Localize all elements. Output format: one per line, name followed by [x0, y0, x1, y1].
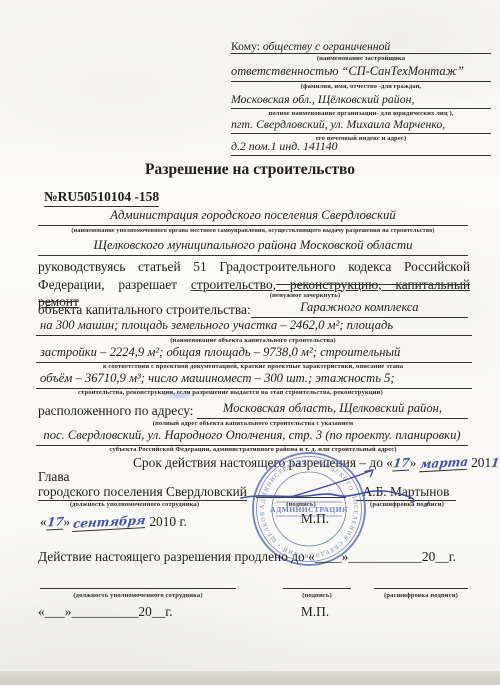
- extension-name-rule: [374, 588, 468, 589]
- address-line-2: пос. Свердловский, ул. Народного Ополчен…: [36, 428, 468, 446]
- object-name: Гаражного комплекса: [251, 300, 468, 318]
- address-label: расположенного по адресу:: [38, 403, 197, 419]
- signer-position-caption: (должность уполномоченного сотрудника): [42, 501, 227, 508]
- permit-number: №RU50510104 -158: [44, 189, 159, 207]
- extension-position-caption: (должность уполномоченного сотрудника): [40, 592, 236, 599]
- extension-line: Действие настоящего разрешения продлено …: [38, 549, 456, 565]
- extension-name-caption: (расшифровка подписи): [368, 592, 474, 599]
- signer-position-line-2: городского поселения Свердловский: [38, 484, 247, 501]
- object-caption-3: строительства, реконструкции, если разре…: [38, 389, 500, 396]
- signer-position-line-1: Глава: [38, 469, 69, 485]
- validity-year-printed: 201: [468, 455, 491, 470]
- addressee-to-label: Кому:: [231, 40, 263, 53]
- extension-sign-rule: [283, 588, 351, 589]
- extension-position-rule: [40, 588, 236, 589]
- object-details-3: объём – 36710,9 м³; число машиномест – 3…: [36, 371, 472, 389]
- scan-edge: [0, 671, 500, 685]
- addressee-line-2: ответственностью “СП-СанТехМонтаж”: [231, 64, 491, 82]
- extension-seal-label: М.П.: [285, 604, 345, 620]
- address-line-1: Московская область, Щелковский район,: [197, 401, 468, 419]
- issue-date-day-handwritten: 17: [46, 515, 65, 531]
- addressee-line-1: Кому: обществу с ограниченной: [231, 36, 491, 54]
- extension-sign-caption: (подпись): [270, 592, 364, 599]
- address-caption-1: (полный адрес объекта капитального строи…: [38, 420, 468, 427]
- addressee-line-3: Московская обл., Щёлковский район,: [231, 92, 491, 109]
- pen-signature: [235, 460, 435, 520]
- validity-year-handwritten: 1: [490, 456, 500, 471]
- addressee-line-4: пгт. Свердловский, ул. Михаила Марченко,: [231, 117, 491, 134]
- legal-permitted-word: строительство,: [191, 277, 276, 292]
- object-details-2: застройки – 2224,9 м²; общая площадь – 9…: [36, 345, 472, 363]
- addressee-caption-2: (фамилия, имя, отчество -для граждан,: [231, 83, 491, 90]
- authority-caption: (наименование уполномоченного органа мес…: [30, 227, 476, 234]
- extension-date-line: «___»__________20__г.: [38, 604, 173, 620]
- document-title: Разрешение на строительство: [0, 161, 500, 179]
- issue-date-month-handwritten: сентября: [73, 513, 147, 532]
- authority-line-1: Администрация городского поселения Сверд…: [38, 208, 468, 226]
- address-row: расположенного по адресу: Московская обл…: [38, 402, 468, 419]
- object-row: объекта капитального строительства: Гара…: [38, 301, 468, 318]
- addressee-caption-1: (наименование застройщика: [231, 55, 491, 62]
- object-details-1: на 300 машин; площадь земельного участка…: [36, 318, 472, 336]
- object-caption-1: (наименование объекта капитального строи…: [38, 337, 468, 344]
- legal-caption: (ненужное зачеркнуть): [180, 292, 430, 299]
- issue-date-line: «17» сентября 2010 г.: [40, 514, 187, 530]
- authority-line-2: Щелковского муниципального района Москов…: [38, 238, 468, 256]
- object-label: объекта капитального строительства:: [38, 302, 251, 318]
- issue-date-year: 2010 г.: [146, 514, 187, 529]
- addressee-line-5: д.2 пом.1 инд. 141140: [231, 139, 491, 156]
- addressee-org-part1: обществу с ограниченной: [263, 40, 390, 53]
- scanned-permit-document: Кому: обществу с ограниченной (наименова…: [0, 0, 500, 685]
- addressee-caption-3: полное наименование организации- для юри…: [231, 110, 491, 117]
- ink-smudge: [160, 391, 198, 400]
- object-caption-2: в соответствии с проектной документацией…: [38, 363, 468, 370]
